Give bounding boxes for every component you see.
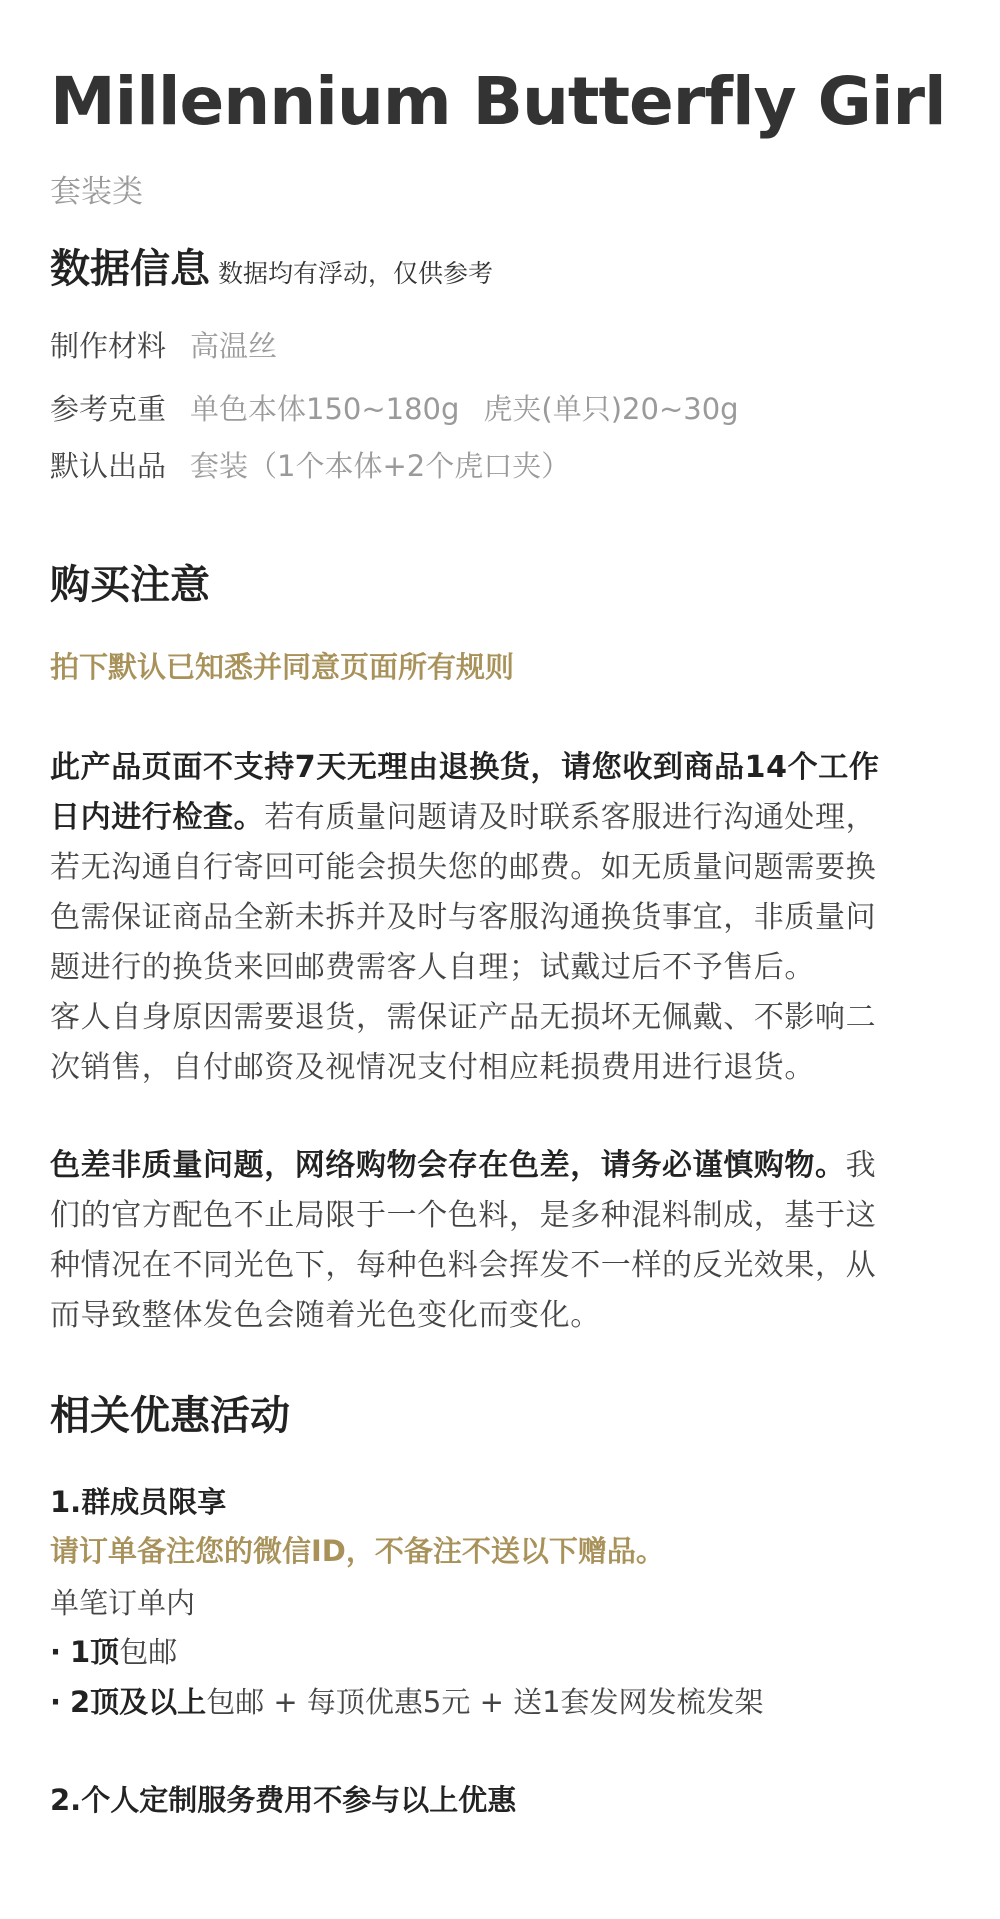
text: 若有质量问题请及时联系客服进行沟通处理， <box>264 800 876 835</box>
spec-value: 高温丝 <box>190 329 277 363</box>
promo-bullet: ·2顶及以上包邮 + 每顶优惠5元 + 送1套发网发梳发架 <box>50 1682 764 1722</box>
paragraph-line: 此产品页面不支持7天无理由退换货，请您收到商品14个工作 <box>50 743 940 793</box>
promo-item-1-title: 1.群成员限享 <box>50 1482 226 1522</box>
bold-text: 日内进行检查。 <box>50 800 264 835</box>
spec-row-weight: 参考克重单色本体150~180g虎夹(单只)20~30g <box>50 389 739 429</box>
product-category: 套装类 <box>50 170 143 214</box>
spec-value-secondary: 虎夹(单只)20~30g <box>483 392 738 426</box>
bold-text: 1顶 <box>70 1635 119 1669</box>
text: 们的官方配色不止局限于一个色料，是多种混料制成，基于这 <box>50 1198 876 1233</box>
purchase-notice-heading: 购买注意 <box>50 560 210 610</box>
data-info-note: 数据均有浮动，仅供参考 <box>218 259 493 288</box>
text: 而导致整体发色会随着光色变化而变化。 <box>50 1298 601 1333</box>
text: 包邮 <box>119 1635 177 1669</box>
paragraph-line: 色差非质量问题，网络购物会存在色差，请务必谨慎购物。我 <box>50 1141 940 1191</box>
spec-label: 默认出品 <box>50 446 190 486</box>
text: 色需保证商品全新未拆并及时与客服沟通换货事宜，非质量问 <box>50 900 876 935</box>
text: 种情况在不同光色下，每种色料会挥发不一样的反光效果，从 <box>50 1248 876 1283</box>
paragraph-line: 次销售，自付邮资及视情况支付相应耗损费用进行退货。 <box>50 1043 940 1093</box>
text: 次销售，自付邮资及视情况支付相应耗损费用进行退货。 <box>50 1050 815 1085</box>
promo-item-1-intro: 单笔订单内 <box>50 1583 195 1623</box>
promotions-heading: 相关优惠活动 <box>50 1391 290 1441</box>
spec-row-material: 制作材料高温丝 <box>50 326 277 366</box>
return-policy-paragraph: 此产品页面不支持7天无理由退换货，请您收到商品14个工作 日内进行检查。若有质量… <box>50 743 940 1093</box>
paragraph-line: 题进行的换货来回邮费需客人自理；试戴过后不予售后。 <box>50 943 940 993</box>
data-info-heading: 数据信息数据均有浮动，仅供参考 <box>50 244 493 299</box>
text: 我 <box>846 1148 877 1183</box>
purchase-notice-highlight: 拍下默认已知悉并同意页面所有规则 <box>50 647 514 687</box>
color-difference-paragraph: 色差非质量问题，网络购物会存在色差，请务必谨慎购物。我 们的官方配色不止局限于一… <box>50 1141 940 1341</box>
paragraph-line: 日内进行检查。若有质量问题请及时联系客服进行沟通处理， <box>50 793 940 843</box>
paragraph-line: 种情况在不同光色下，每种色料会挥发不一样的反光效果，从 <box>50 1241 940 1291</box>
text: 题进行的换货来回邮费需客人自理；试戴过后不予售后。 <box>50 950 815 985</box>
spec-label: 参考克重 <box>50 389 190 429</box>
spec-value: 单色本体150~180g <box>190 392 459 426</box>
spec-row-default-output: 默认出品套装（1个本体+2个虎口夹） <box>50 446 570 486</box>
spec-label: 制作材料 <box>50 326 190 366</box>
bullet-icon: · <box>50 1682 70 1722</box>
promo-item-2-title: 2.个人定制服务费用不参与以上优惠 <box>50 1780 516 1820</box>
bold-text: 此产品页面不支持7天无理由退换货，请您收到商品14个工作 <box>50 750 879 785</box>
text: 若无沟通自行寄回可能会损失您的邮费。如无质量问题需要换 <box>50 850 876 885</box>
bold-text: 2顶及以上 <box>70 1685 206 1719</box>
paragraph-line: 若无沟通自行寄回可能会损失您的邮费。如无质量问题需要换 <box>50 843 940 893</box>
promo-item-1-highlight: 请订单备注您的微信ID，不备注不送以下赠品。 <box>50 1531 665 1571</box>
spec-value: 套装（1个本体+2个虎口夹） <box>190 449 570 483</box>
paragraph-line: 色需保证商品全新未拆并及时与客服沟通换货事宜，非质量问 <box>50 893 940 943</box>
bold-text: 色差非质量问题，网络购物会存在色差，请务必谨慎购物。 <box>50 1148 846 1183</box>
promo-bullet: ·1顶包邮 <box>50 1632 177 1672</box>
text: 包邮 + 每顶优惠5元 + 送1套发网发梳发架 <box>206 1685 763 1719</box>
data-info-title: 数据信息 <box>50 246 210 292</box>
paragraph-line: 们的官方配色不止局限于一个色料，是多种混料制成，基于这 <box>50 1191 940 1241</box>
text: 客人自身原因需要退货，需保证产品无损坏无佩戴、不影响二 <box>50 1000 876 1035</box>
paragraph-line: 客人自身原因需要退货，需保证产品无损坏无佩戴、不影响二 <box>50 993 940 1043</box>
bullet-icon: · <box>50 1632 70 1672</box>
product-title: Millennium Butterfly Girl <box>50 62 946 142</box>
paragraph-line: 而导致整体发色会随着光色变化而变化。 <box>50 1291 940 1341</box>
